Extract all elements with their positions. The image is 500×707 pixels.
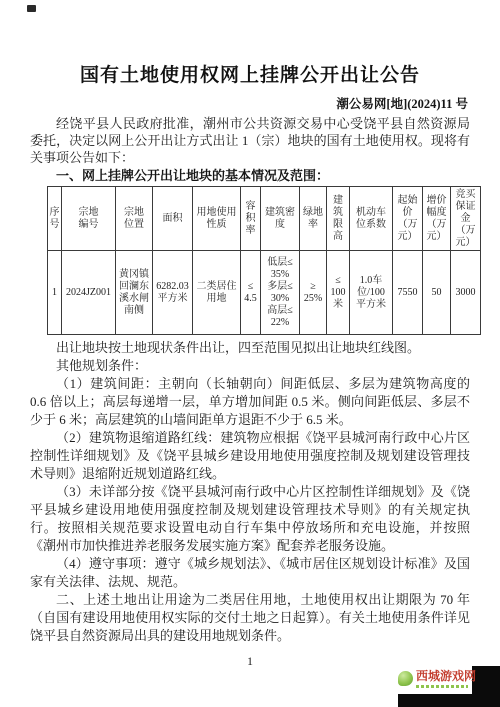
cell-area: 6282.03 平方米 bbox=[153, 251, 193, 335]
other-conditions-heading: 其他规划条件： bbox=[30, 357, 470, 375]
condition-4: （4）遵守事项：遵守《城乡规划法》、《城市居住区规划设计标准》及国家有关法律、法… bbox=[30, 555, 470, 591]
document-number: 潮公易网[地](2024)11 号 bbox=[30, 94, 470, 112]
col-header-building-density: 建筑密 度 bbox=[261, 187, 300, 251]
table-header-row: 序 号 宗地 编号 宗地 位置 面积 用地使用 性质 容 积 率 建筑密 度 绿… bbox=[48, 187, 481, 251]
cell-plot-ratio: ≤ 4.5 bbox=[241, 251, 261, 335]
scan-artifact-mark bbox=[27, 5, 36, 12]
col-header-starting-price: 起始 价 （万 元） bbox=[393, 187, 423, 251]
watermark-subtext-line bbox=[416, 685, 468, 688]
condition-2: （2）建筑物退缩道路红线：建筑物应根据《饶平县城河南行政中心片区控制性详细规划》… bbox=[30, 429, 470, 483]
cell-height-limit: ≤ 100 米 bbox=[327, 251, 350, 335]
col-header-increment: 增价 幅度 （万 元） bbox=[423, 187, 451, 251]
col-header-parcel-id: 宗地 编号 bbox=[62, 187, 116, 251]
col-header-parcel-location: 宗地 位置 bbox=[116, 187, 153, 251]
table-row: 1 2024JZ001 黄冈镇 回澜东 溪水闸 南侧 6282.03 平方米 二… bbox=[48, 251, 481, 335]
land-parcel-table: 序 号 宗地 编号 宗地 位置 面积 用地使用 性质 容 积 率 建筑密 度 绿… bbox=[47, 186, 481, 335]
col-header-green-ratio: 绿地 率 bbox=[300, 187, 327, 251]
cell-green-ratio: ≥ 25% bbox=[300, 251, 327, 335]
section-1-heading: 一、网上挂牌公开出让地块的基本情况及范围： bbox=[30, 167, 470, 184]
col-header-area: 面积 bbox=[153, 187, 193, 251]
col-header-height-limit: 建 筑 限 高 bbox=[327, 187, 350, 251]
cell-building-density: 低层≤ 35% 多层≤ 30% 高层≤ 22% bbox=[261, 251, 300, 335]
col-header-seq-no: 序 号 bbox=[48, 187, 62, 251]
page-title: 国有土地使用权网上挂牌公开出让公告 bbox=[30, 60, 470, 87]
col-header-parking-coefficient: 机动车 位系数 bbox=[350, 187, 393, 251]
watermark-leaf-icon bbox=[398, 671, 413, 686]
col-header-land-use: 用地使用 性质 bbox=[193, 187, 241, 251]
cell-seq-no: 1 bbox=[48, 251, 62, 335]
watermark-site-name: 西城游戏网 bbox=[416, 670, 476, 683]
watermark-card[interactable]: 西城游戏网 bbox=[395, 663, 472, 694]
col-header-bid-deposit: 竞买 保证 金 （万 元） bbox=[451, 187, 481, 251]
condition-1: （1）建筑间距：主朝向（长轴朝向）间距低层、多层为建筑物高度的 0.6 倍以上；… bbox=[30, 375, 470, 429]
cell-parking-coefficient: 1.0车 位/100 平方米 bbox=[350, 251, 393, 335]
cell-parcel-location: 黄冈镇 回澜东 溪水闸 南侧 bbox=[116, 251, 153, 335]
document-page: 国有土地使用权网上挂牌公开出让公告 潮公易网[地](2024)11 号 经饶平县… bbox=[0, 0, 500, 707]
cell-parcel-id: 2024JZ001 bbox=[62, 251, 116, 335]
cell-land-use: 二类居住 用地 bbox=[193, 251, 241, 335]
col-header-plot-ratio: 容 积 率 bbox=[241, 187, 261, 251]
cell-increment: 50 bbox=[423, 251, 451, 335]
intro-paragraph: 经饶平县人民政府批准，潮州市公共资源交易中心受饶平县自然资源局委托，决定以网上公… bbox=[30, 115, 470, 166]
site-watermark[interactable]: 西城游戏网 bbox=[398, 666, 500, 707]
after-table-paragraph: 出让地块按土地现状条件出让，四至范围见拟出让地块红线图。 bbox=[30, 339, 470, 357]
cell-starting-price: 7550 bbox=[393, 251, 423, 335]
section-2-paragraph: 二、上述土地出让用途为二类居住用地，土地使用权出让期限为 70 年（自国有建设用… bbox=[30, 591, 470, 645]
condition-3: （3）未详部分按《饶平县城河南行政中心片区控制性详细规划》及《饶平县城乡建设用地… bbox=[30, 483, 470, 555]
cell-bid-deposit: 3000 bbox=[451, 251, 481, 335]
